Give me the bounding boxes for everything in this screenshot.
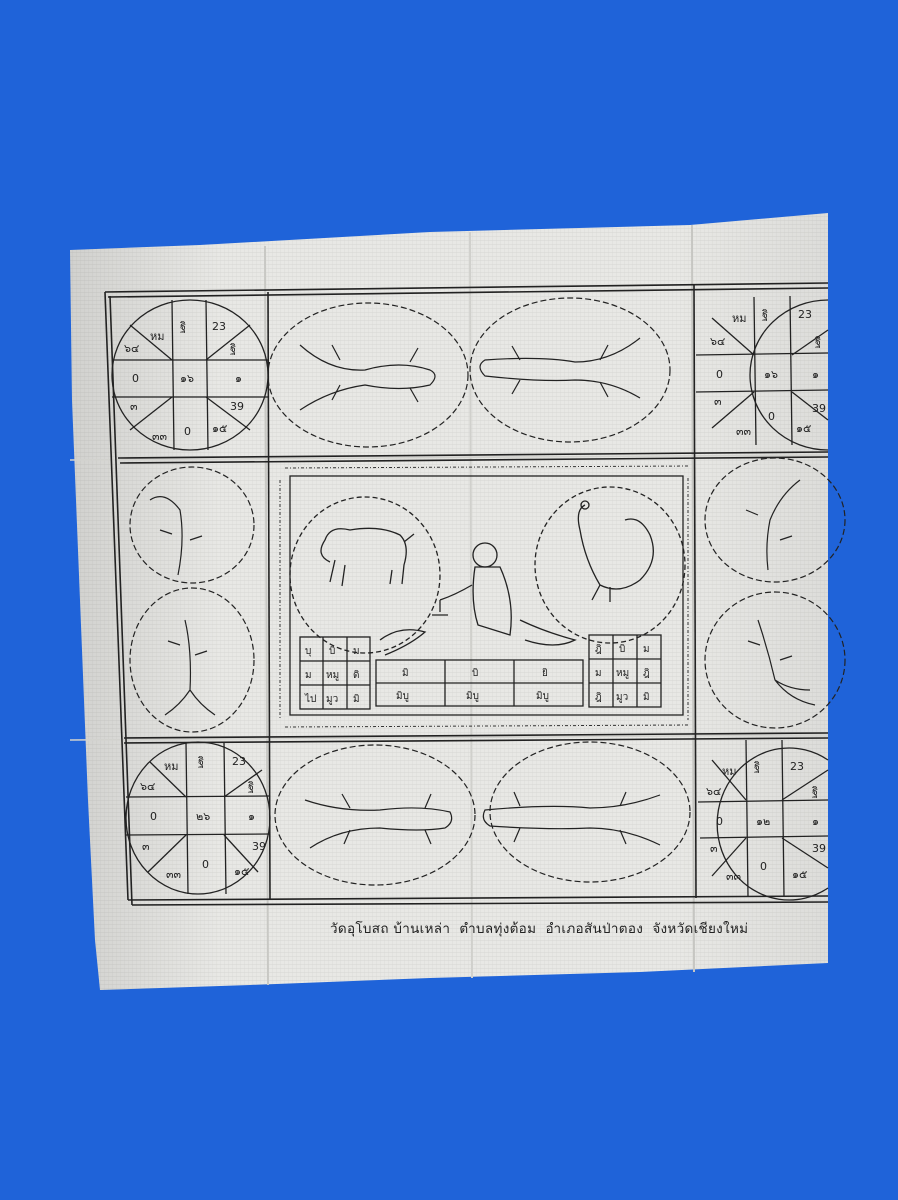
svg-text:ฐิ: ฐิ bbox=[197, 755, 204, 768]
svg-text:๑๖: ๑๖ bbox=[764, 368, 778, 381]
svg-text:0: 0 bbox=[716, 368, 723, 381]
svg-text:ไป: ไป bbox=[304, 693, 316, 705]
svg-text:๑๕: ๑๕ bbox=[792, 868, 807, 881]
svg-text:๓: ๓ bbox=[142, 840, 150, 853]
svg-text:39: 39 bbox=[812, 402, 826, 415]
svg-text:๓: ๓ bbox=[130, 400, 138, 413]
svg-text:๒๖: ๒๖ bbox=[196, 810, 210, 823]
svg-text:ม: ม bbox=[643, 644, 650, 655]
svg-text:หมู: หมู bbox=[616, 668, 629, 679]
svg-text:บิ: บิ bbox=[472, 668, 478, 679]
talisman-cloth: หม ฐิ 23 ฐิ ๑ 39 ๑๕ 0 ๓๓ ๓ 0 ๖๔ ๑๖ หม ฐิ… bbox=[0, 0, 898, 1200]
svg-text:มิ: มิ bbox=[402, 668, 409, 679]
svg-text:ฐิ: ฐิ bbox=[811, 785, 818, 798]
svg-text:23: 23 bbox=[232, 755, 246, 768]
svg-text:๓: ๓ bbox=[710, 842, 718, 855]
svg-text:ฎิ: ฎิ bbox=[595, 692, 602, 703]
svg-text:ยิ: ยิ bbox=[542, 668, 548, 679]
svg-text:39: 39 bbox=[812, 842, 826, 855]
svg-text:0: 0 bbox=[202, 858, 209, 871]
svg-text:หมู: หมู bbox=[326, 670, 339, 681]
svg-text:๑: ๑ bbox=[812, 368, 819, 381]
svg-text:ฐิ: ฐิ bbox=[753, 760, 760, 773]
svg-text:หม: หม bbox=[150, 330, 165, 343]
svg-text:0: 0 bbox=[132, 372, 139, 385]
svg-text:๓๓: ๓๓ bbox=[166, 868, 181, 881]
svg-text:หม: หม bbox=[722, 765, 737, 778]
svg-text:0: 0 bbox=[716, 815, 723, 828]
svg-text:หม: หม bbox=[164, 760, 179, 773]
svg-text:39: 39 bbox=[230, 400, 244, 413]
svg-text:0: 0 bbox=[150, 810, 157, 823]
svg-text:๑: ๑ bbox=[235, 372, 242, 385]
svg-text:๑๕: ๑๕ bbox=[234, 865, 249, 878]
svg-text:๑: ๑ bbox=[248, 810, 255, 823]
svg-text:๑๒: ๑๒ bbox=[756, 815, 770, 828]
svg-text:ฐิ: ฐิ bbox=[761, 308, 768, 321]
svg-text:23: 23 bbox=[212, 320, 226, 333]
svg-text:23: 23 bbox=[798, 308, 812, 321]
svg-text:มิ: มิ bbox=[353, 694, 360, 705]
svg-text:ฐิ: ฐิ bbox=[229, 342, 236, 355]
svg-text:๓๓: ๓๓ bbox=[736, 425, 751, 438]
svg-text:๓๓: ๓๓ bbox=[152, 430, 167, 443]
svg-text:23: 23 bbox=[790, 760, 804, 773]
svg-text:มิบู: มิบู bbox=[396, 691, 409, 702]
svg-text:ฐิ: ฐิ bbox=[247, 780, 254, 793]
svg-text:๓๓: ๓๓ bbox=[726, 870, 741, 883]
svg-text:มูว: มูว bbox=[616, 692, 628, 703]
svg-text:39: 39 bbox=[252, 840, 266, 853]
svg-text:ม: ม bbox=[305, 670, 312, 681]
svg-text:๓: ๓ bbox=[714, 395, 722, 408]
svg-text:หม: หม bbox=[732, 312, 747, 325]
svg-text:0: 0 bbox=[184, 425, 191, 438]
svg-text:บุ: บุ bbox=[305, 646, 311, 657]
svg-text:มูว: มูว bbox=[326, 694, 338, 705]
svg-text:๖๔: ๖๔ bbox=[140, 780, 155, 793]
svg-text:๑๕: ๑๕ bbox=[212, 422, 227, 435]
temple-caption: วัดอุโบสถ บ้านเหล่า ตำบลทุ่งต้อม อำเภอสั… bbox=[330, 917, 748, 939]
svg-text:ดิ: ดิ bbox=[353, 670, 360, 681]
svg-text:บิ: บิ bbox=[619, 644, 625, 655]
svg-text:๖๔: ๖๔ bbox=[706, 785, 721, 798]
svg-text:0: 0 bbox=[760, 860, 767, 873]
svg-text:บิ: บิ bbox=[329, 646, 335, 657]
svg-text:ฎิ: ฎิ bbox=[643, 668, 650, 679]
svg-text:มิ: มิ bbox=[643, 692, 650, 703]
svg-text:๑๖: ๑๖ bbox=[180, 372, 194, 385]
svg-text:๖๔: ๖๔ bbox=[710, 335, 725, 348]
svg-text:ม: ม bbox=[595, 668, 602, 679]
svg-text:ฎิ: ฎิ bbox=[595, 644, 602, 655]
svg-text:๑๕: ๑๕ bbox=[796, 422, 811, 435]
svg-text:มิบู: มิบู bbox=[536, 691, 549, 702]
svg-text:๑: ๑ bbox=[812, 815, 819, 828]
svg-text:มิบู: มิบู bbox=[466, 691, 479, 702]
svg-text:ม: ม bbox=[353, 646, 360, 657]
svg-text:๖๔: ๖๔ bbox=[124, 342, 139, 355]
svg-text:0: 0 bbox=[768, 410, 775, 423]
svg-text:ฐิ: ฐิ bbox=[814, 335, 821, 348]
svg-text:ฐิ: ฐิ bbox=[179, 320, 186, 333]
